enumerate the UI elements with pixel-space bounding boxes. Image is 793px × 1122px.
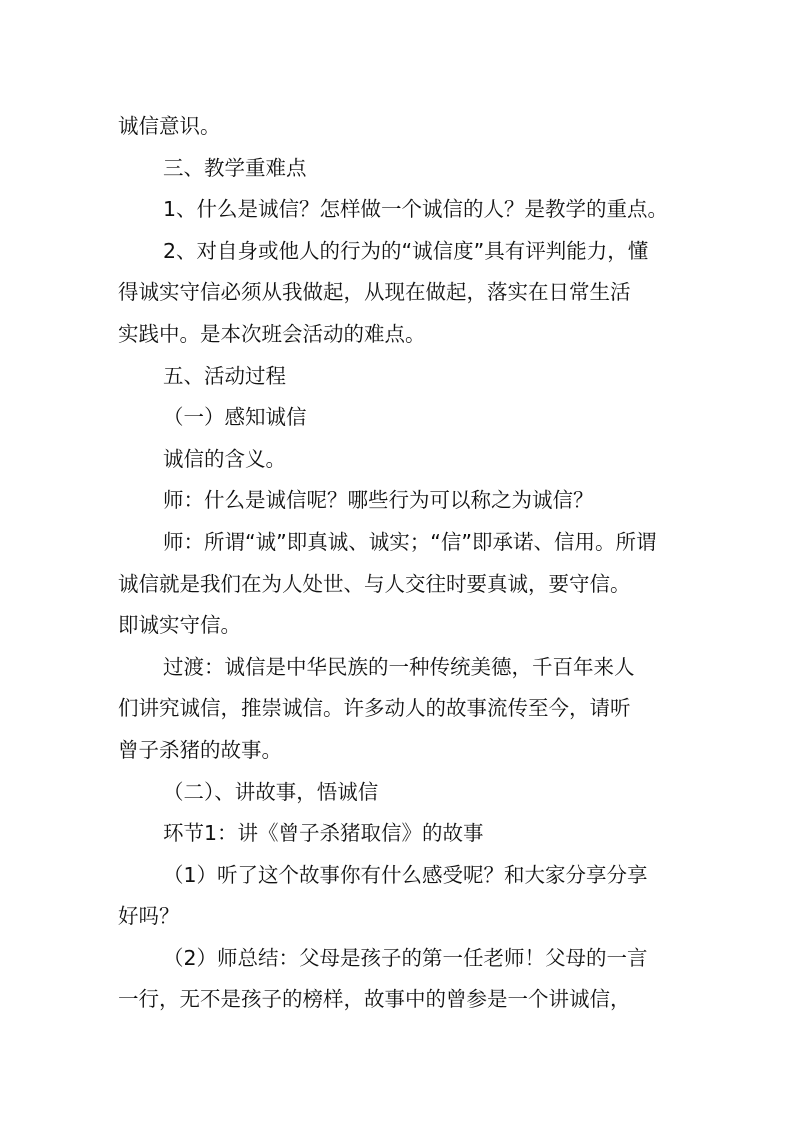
text-line: 好吗？	[118, 896, 678, 938]
section-heading: 五、活动过程	[118, 356, 678, 398]
text-line: 即诚实守信。	[118, 605, 678, 647]
section-heading: 三、教学重难点	[118, 148, 678, 190]
text-line: 诚信意识。	[118, 106, 678, 148]
text-line: 一行，无不是孩子的榜样，故事中的曾参是一个讲诚信，	[118, 979, 678, 1021]
subsection-heading: （二）、讲故事，悟诚信	[118, 772, 678, 814]
text-line: 环节1：讲《曾子杀猪取信》的故事	[118, 813, 678, 855]
text-line: 得诚实守信必须从我做起，从现在做起，落实在日常生活	[118, 272, 678, 314]
text-line: 1、什么是诚信？怎样做一个诚信的人？是教学的重点。	[118, 189, 678, 231]
text-line: 曾子杀猪的故事。	[118, 730, 678, 772]
text-line: 师：所谓“诚”即真诚、诚实；“信”即承诺、信用。所谓	[118, 522, 678, 564]
text-line: 们讲究诚信，推崇诚信。许多动人的故事流传至今，请听	[118, 688, 678, 730]
subsection-heading: （一）感知诚信	[118, 397, 678, 439]
text-line: 实践中。是本次班会活动的难点。	[118, 314, 678, 356]
text-line: （2）师总结：父母是孩子的第一任老师！父母的一言	[118, 938, 678, 980]
text-line: 诚信就是我们在为人处世、与人交往时要真诚，要守信。	[118, 564, 678, 606]
document-body: 诚信意识。 三、教学重难点 1、什么是诚信？怎样做一个诚信的人？是教学的重点。 …	[118, 106, 678, 1021]
text-line: 过渡：诚信是中华民族的一种传统美德，千百年来人	[118, 647, 678, 689]
text-line: 诚信的含义。	[118, 439, 678, 481]
text-line: 师：什么是诚信呢？哪些行为可以称之为诚信？	[118, 480, 678, 522]
text-line: （1）听了这个故事你有什么感受呢？和大家分享分享	[118, 855, 678, 897]
text-line: 2、对自身或他人的行为的“诚信度”具有评判能力，懂	[118, 231, 678, 273]
